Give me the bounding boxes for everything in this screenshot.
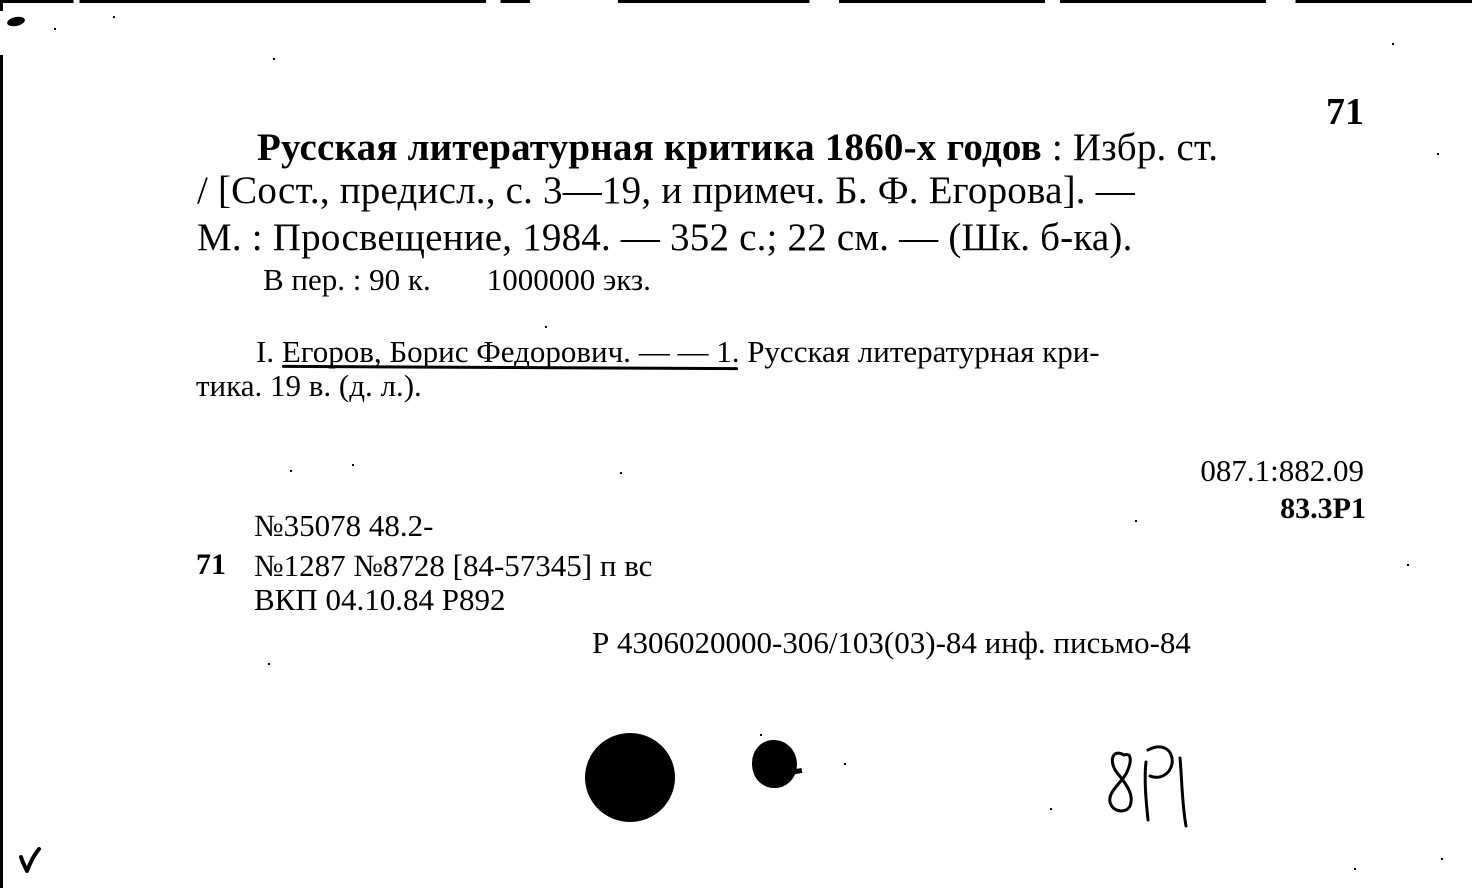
accession-line-1: №35078 48.2- [254,510,433,541]
speck [1135,520,1137,522]
udc-code: 087.1:882.09 [1200,455,1364,486]
speck [844,763,846,765]
scan-edge-left-top [0,0,3,55]
scan-edge-left [0,55,3,888]
speck [1407,564,1409,566]
library-catalog-card: 71 Русская литературная критика 1860-х г… [0,0,1472,888]
responsibility-line: / [Сост., предисл., с. 3—19, и примеч. Б… [197,171,1135,210]
added-entry-line: I. Егоров, Борис Федорович. — — 1. Русск… [256,336,1100,367]
speck [1392,43,1394,45]
ink-smudge [6,15,25,28]
print-run: 1000000 экз. [487,262,651,297]
title-qualifier: : Избр. ст. [1042,126,1218,169]
price-line: В пер. : 90 к.1000000 экз. [263,264,651,295]
price: В пер. : 90 к. [263,262,431,297]
speck [1050,808,1052,810]
accession-line-3: ВКП 04.10.84 Р892 [254,584,505,615]
publication-line: М. : Просвещение, 1984. — 352 с.; 22 см.… [197,218,1133,257]
card-number: 71 [1326,93,1364,131]
accession-line-2: №1287 №8728 [84-57345] п вс [254,550,652,581]
punch-hole-small [752,740,797,788]
speck [620,472,622,474]
speck [113,16,115,18]
book-title: Русская литературная критика 1860-х годо… [257,126,1042,169]
punch-hole-fragment [790,768,803,775]
handwritten-shelf-mark [1102,740,1242,840]
accession-card-number: 71 [196,550,226,580]
speck [545,326,547,328]
speck [1437,153,1439,155]
speck [1354,868,1356,870]
speck [273,58,275,60]
speck [54,28,56,30]
punch-hole-large [585,733,675,822]
speck [290,470,292,472]
title-line: Русская литературная критика 1860-х годо… [257,128,1218,167]
accession-line-4: Р 4306020000-306/103(03)-84 инф. письмо-… [592,627,1191,658]
added-entry-prefix: I. [256,334,274,369]
speck [352,464,354,466]
subject-heading: — — 1. Русская литературная кри- [631,334,1100,369]
bbk-code: 83.3Р1 [1280,494,1366,524]
added-entry-name: Егоров, Борис Федорович. [282,334,631,369]
speck [268,663,270,665]
scan-edge-top [0,0,1472,3]
subject-heading-continued: тика. 19 в. (д. л.). [196,370,422,401]
check-mark-icon [18,845,42,875]
speck [1441,858,1443,860]
speck [760,734,762,736]
